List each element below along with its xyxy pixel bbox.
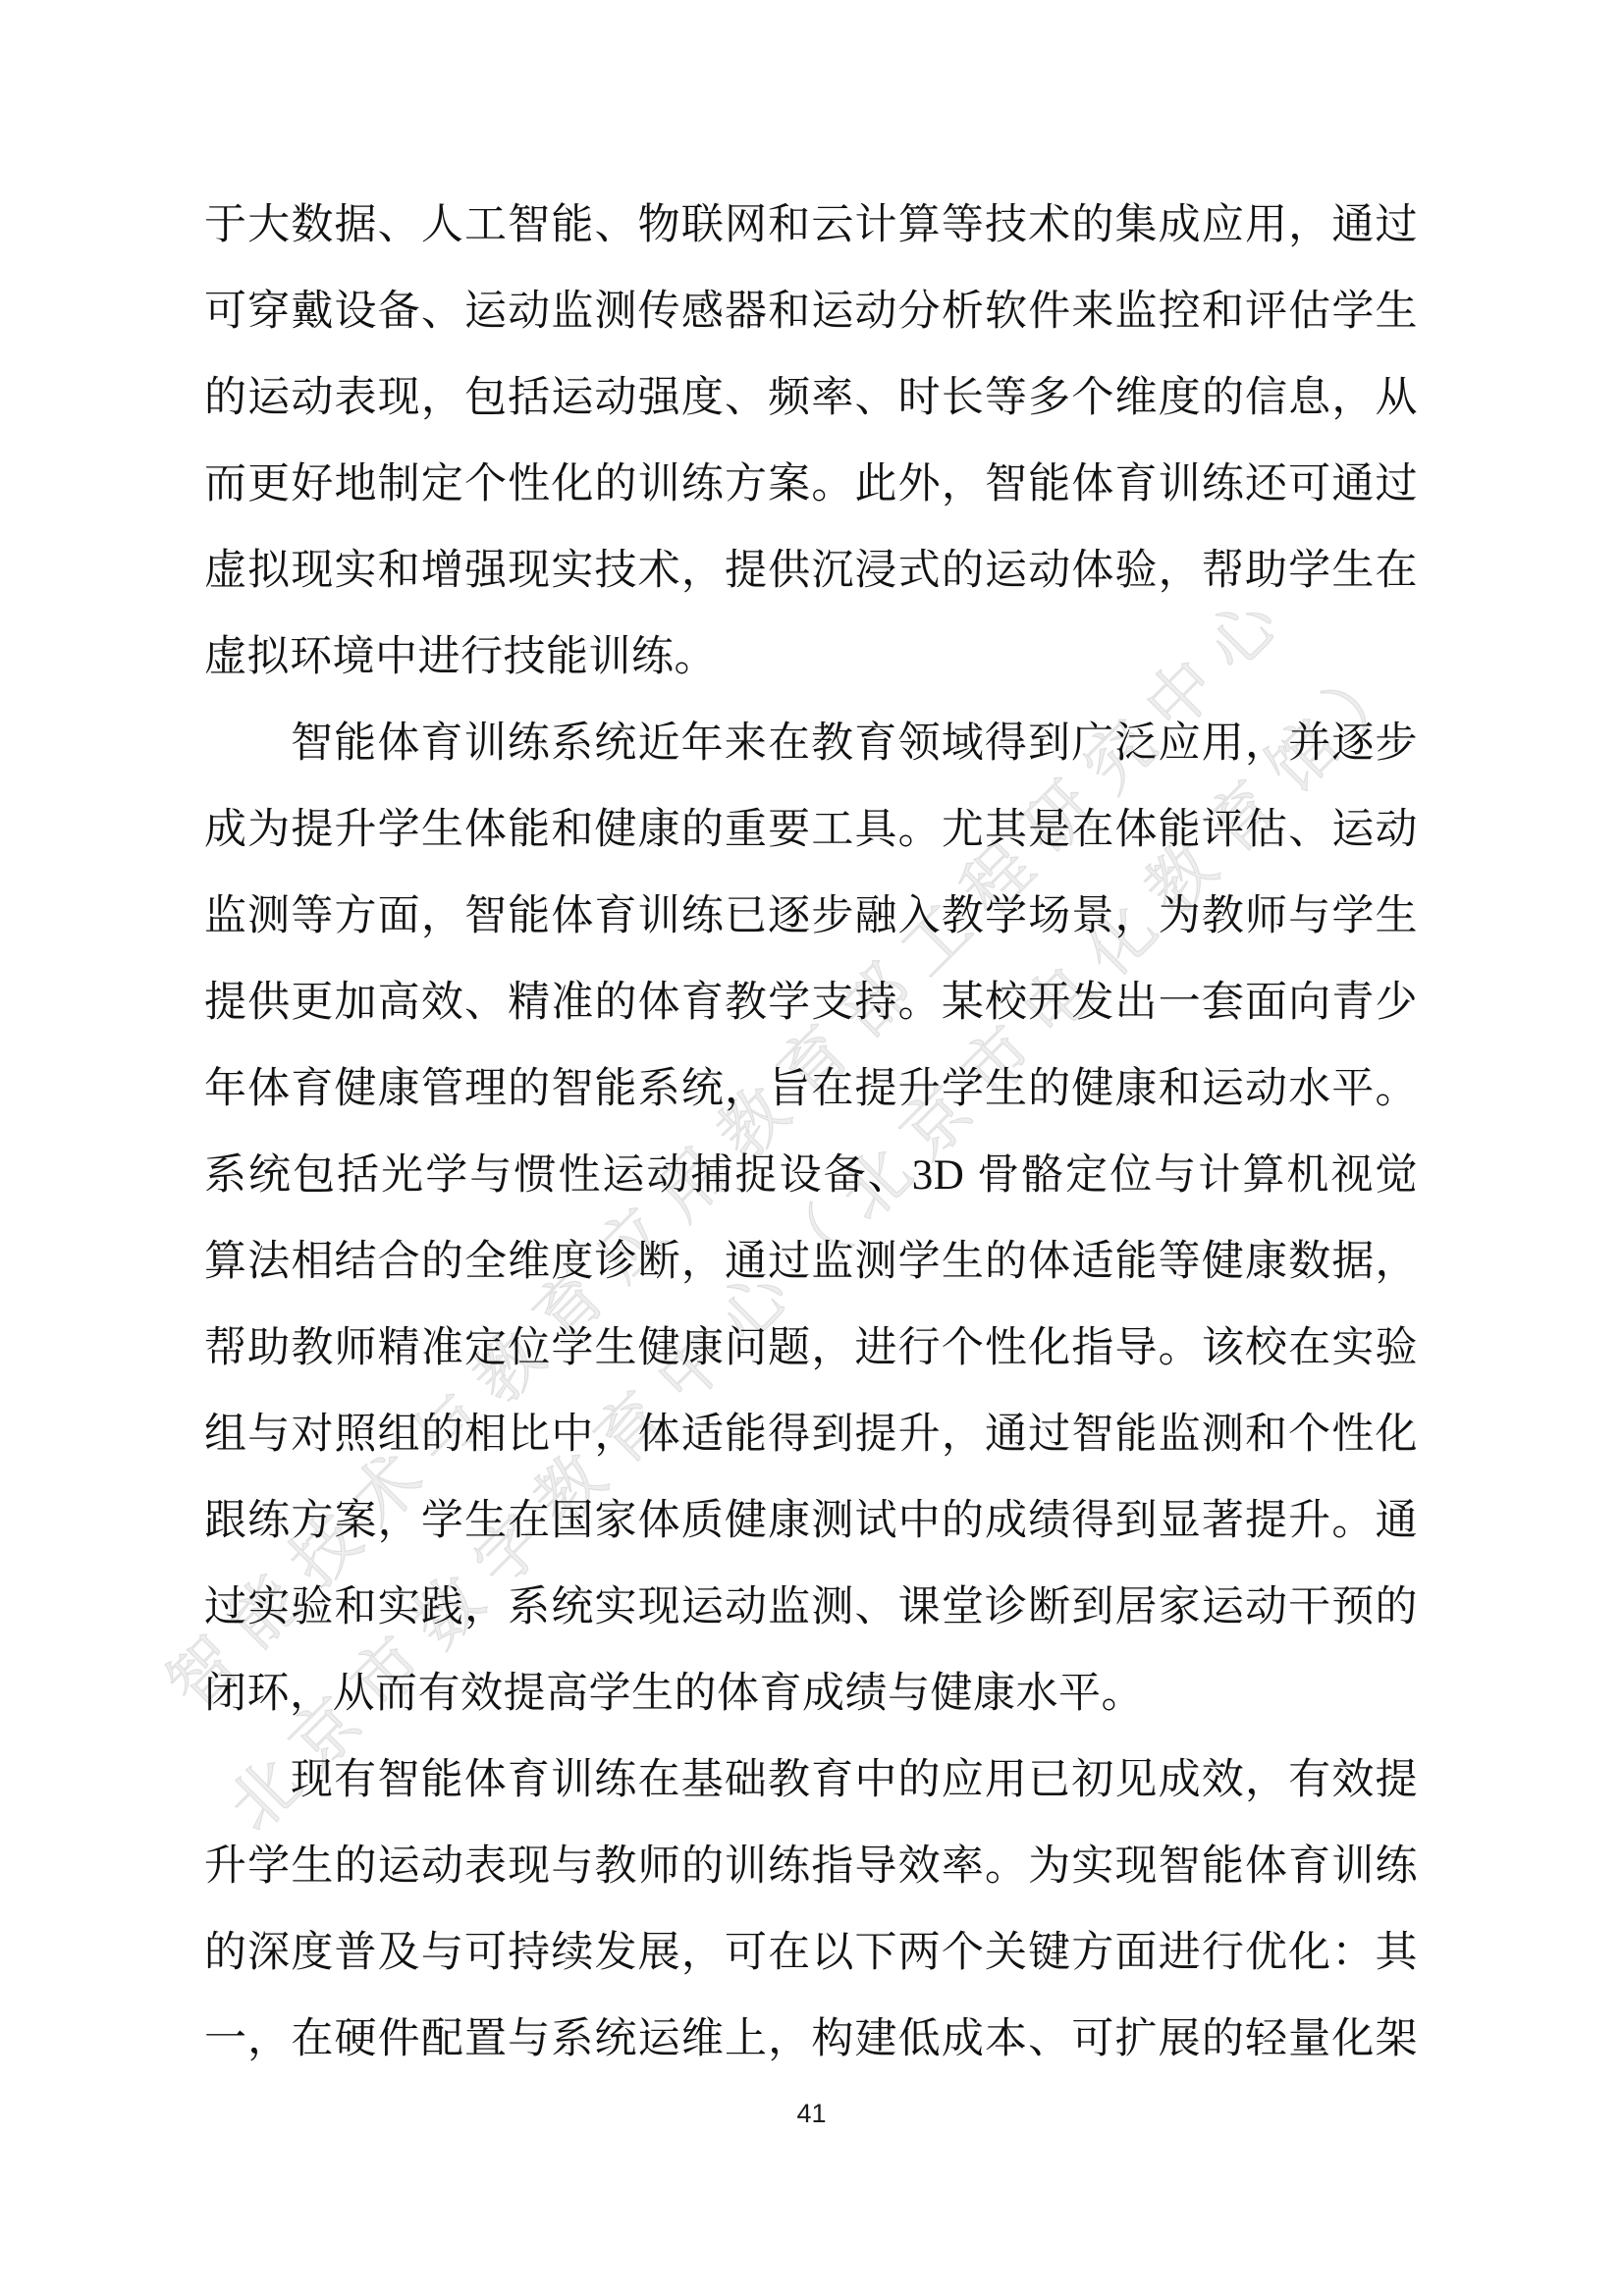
text-line: 虚拟现实和增强现实技术，提供沉浸式的运动体验，帮助学生在 <box>204 528 1418 614</box>
text-line: 现有智能体育训练在基础教育中的应用已初见成效，有效提 <box>204 1737 1418 1824</box>
text-line: 跟练方案，学生在国家体质健康测试中的成绩得到显著提升。通 <box>204 1478 1418 1565</box>
text-line: 虚拟环境中进行技能训练。 <box>204 614 1418 701</box>
text-line: 成为提升学生体能和健康的重要工具。尤其是在体能评估、运动 <box>204 787 1418 874</box>
document-page: 智能技术与教育应用教育部工程研究中心 北京市数字教育中心（北京市电化教育馆） 于… <box>0 0 1623 2296</box>
text-line: 帮助教师精准定位学生健康问题，进行个性化指导。该校在实验 <box>204 1306 1418 1392</box>
text-line: 于大数据、人工智能、物联网和云计算等技术的集成应用，通过 <box>204 183 1418 269</box>
paragraph-3: 现有智能体育训练在基础教育中的应用已初见成效，有效提 升学生的运动表现与教师的训… <box>204 1737 1418 2083</box>
text-line: 一，在硬件配置与系统运维上，构建低成本、可扩展的轻量化架 <box>204 1997 1418 2083</box>
text-line: 而更好地制定个性化的训练方案。此外，智能体育训练还可通过 <box>204 442 1418 528</box>
text-line: 闭环，从而有效提高学生的体育成绩与健康水平。 <box>204 1651 1418 1737</box>
text-line: 提供更加高效、精准的体育教学支持。某校开发出一套面向青少 <box>204 960 1418 1046</box>
text-line: 的运动表现，包括运动强度、频率、时长等多个维度的信息，从 <box>204 355 1418 442</box>
document-body: 于大数据、人工智能、物联网和云计算等技术的集成应用，通过 可穿戴设备、运动监测传… <box>204 183 1418 2083</box>
paragraph-1: 于大数据、人工智能、物联网和云计算等技术的集成应用，通过 可穿戴设备、运动监测传… <box>204 183 1418 701</box>
paragraph-2: 智能体育训练系统近年来在教育领域得到广泛应用，并逐步 成为提升学生体能和健康的重… <box>204 701 1418 1737</box>
text-line: 的深度普及与可持续发展，可在以下两个关键方面进行优化：其 <box>204 1910 1418 1997</box>
text-line: 算法相结合的全维度诊断，通过监测学生的体适能等健康数据， <box>204 1219 1418 1306</box>
text-line: 升学生的运动表现与教师的训练指导效率。为实现智能体育训练 <box>204 1824 1418 1910</box>
text-line: 年体育健康管理的智能系统，旨在提升学生的健康和运动水平。 <box>204 1046 1418 1133</box>
page-number: 41 <box>0 2099 1623 2129</box>
text-line: 可穿戴设备、运动监测传感器和运动分析软件来监控和评估学生 <box>204 269 1418 355</box>
text-line: 智能体育训练系统近年来在教育领域得到广泛应用，并逐步 <box>204 701 1418 787</box>
text-line: 监测等方面，智能体育训练已逐步融入教学场景，为教师与学生 <box>204 874 1418 960</box>
text-line: 组与对照组的相比中，体适能得到提升，通过智能监测和个性化 <box>204 1392 1418 1478</box>
text-line: 系统包括光学与惯性运动捕捉设备、3D 骨骼定位与计算机视觉 <box>204 1133 1418 1219</box>
text-line: 过实验和实践，系统实现运动监测、课堂诊断到居家运动干预的 <box>204 1565 1418 1651</box>
